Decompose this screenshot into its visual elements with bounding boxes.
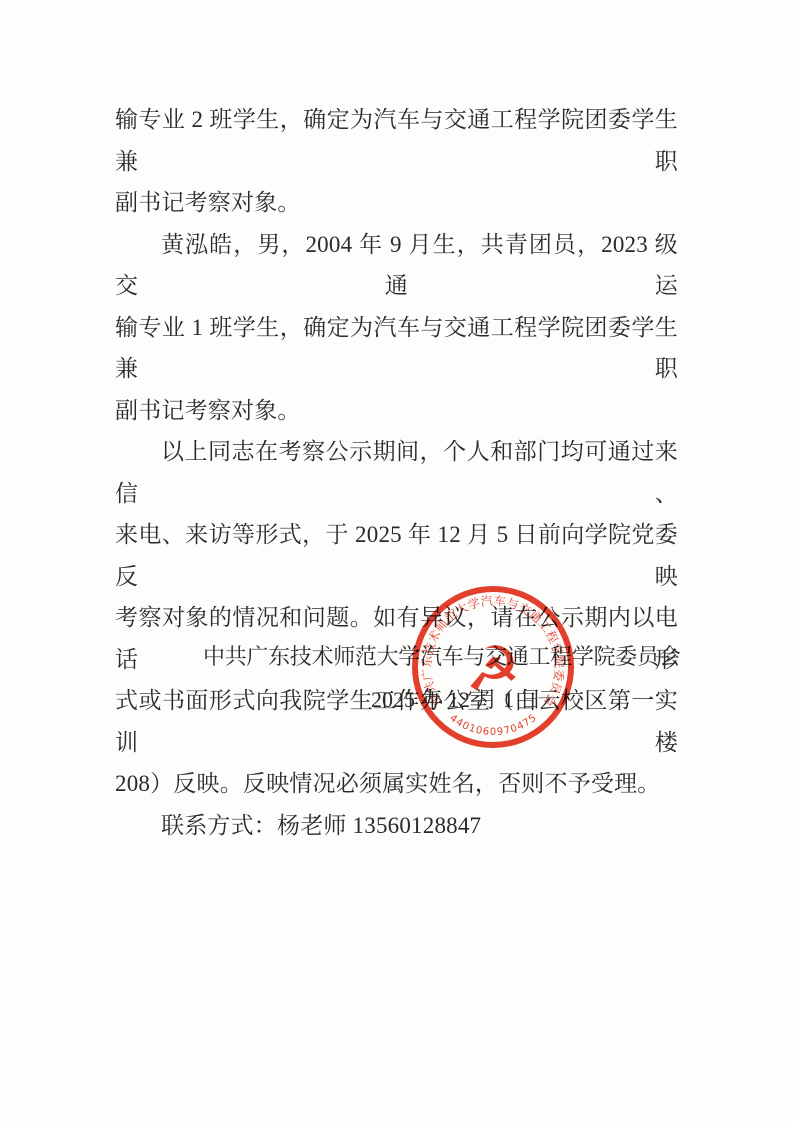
body-line: 输专业 1 班学生，确定为汽车与交通工程学院团委学生兼职 bbox=[115, 307, 678, 390]
body-line: 副书记考察对象。 bbox=[115, 182, 678, 224]
body-line: 来电、来访等形式，于 2025 年 12 月 5 日前向学院党委反映 bbox=[115, 514, 678, 597]
seal-code: 4401060970475 bbox=[447, 712, 539, 738]
hammer-sickle-icon: ☭ bbox=[465, 633, 521, 706]
body-line: 以上同志在考察公示期间，个人和部门均可通过来信、 bbox=[115, 431, 678, 514]
body-line: 副书记考察对象。 bbox=[115, 390, 678, 432]
body-line: 黄泓皓，男，2004 年 9 月生，共青团员，2023 级交通运 bbox=[115, 224, 678, 307]
official-seal: 中共广东技术师范大学汽车与交通工程学院委员会 ☭ 4401060970475 bbox=[411, 585, 575, 749]
body-line: 输专业 2 班学生，确定为汽车与交通工程学院团委学生兼职 bbox=[115, 99, 678, 182]
document-page: 输专业 2 班学生，确定为汽车与交通工程学院团委学生兼职 副书记考察对象。 黄泓… bbox=[0, 0, 793, 1122]
body-line: 联系方式：杨老师 13560128847 bbox=[115, 805, 678, 847]
body-line: 208）反映。反映情况必须属实姓名，否则不予受理。 bbox=[115, 763, 678, 805]
document-body: 输专业 2 班学生，确定为汽车与交通工程学院团委学生兼职 副书记考察对象。 黄泓… bbox=[115, 99, 678, 846]
